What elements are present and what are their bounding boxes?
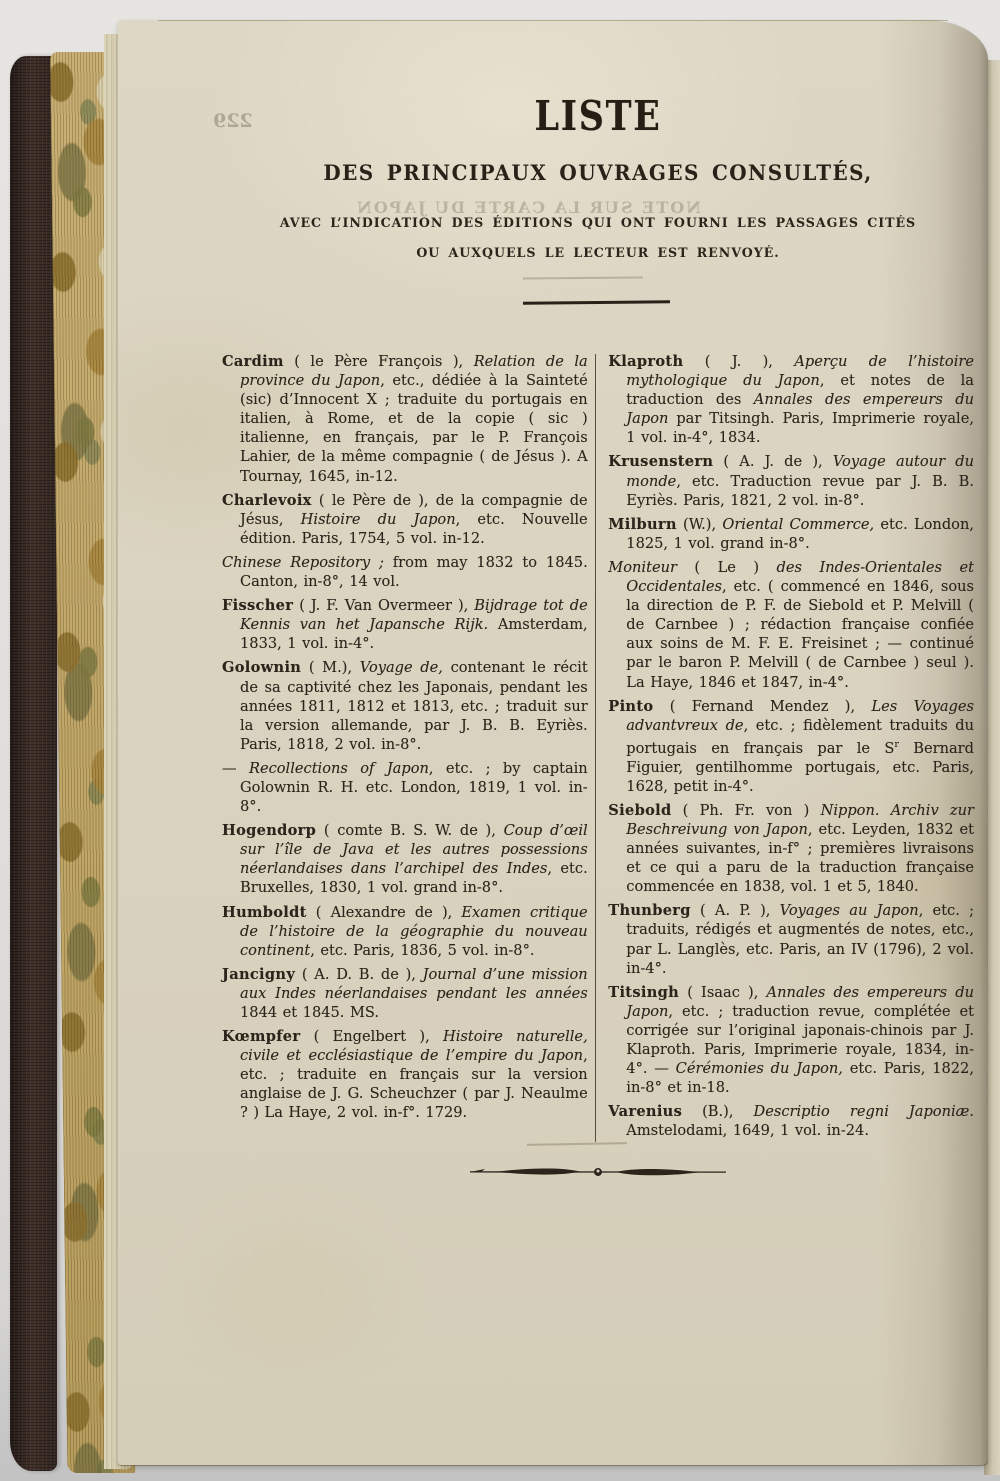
entry-text: Milburn xyxy=(608,516,676,533)
bibliography-entry: Siebold ( Ph. Fr. von ) Nippon. Archiv z… xyxy=(608,801,974,896)
entry-text: Voyage de, xyxy=(360,659,443,676)
bibliography-entry: Fisscher ( J. F. Van Overmeer ), Bijdrag… xyxy=(222,596,588,653)
showthrough-rule xyxy=(523,276,643,279)
bibliography-entry: Hogendorp ( comte B. S. W. de ), Coup d’… xyxy=(222,821,588,897)
entry-text: Cérémonies du Japon, xyxy=(676,1060,843,1077)
entry-text: ( le Père François ), xyxy=(284,353,474,370)
entry-text: Kœmpfer xyxy=(222,1028,300,1045)
entry-text: Varenius xyxy=(608,1103,682,1120)
entry-text: ( Alexandre de ), xyxy=(307,904,462,921)
ornament-center-highlight xyxy=(596,1169,599,1172)
entry-text: Descriptio regni Japoniæ. xyxy=(754,1103,974,1120)
entry-text: Siebold xyxy=(608,802,671,819)
page-subtitle: DES PRINCIPAUX OUVRAGES CONSULTÉS, xyxy=(241,160,955,185)
column-divider xyxy=(595,354,597,1142)
entry-text: ( Ph. Fr. von ) xyxy=(671,802,820,819)
entry-text: ( A. D. B. de ), xyxy=(295,966,423,983)
entry-text: , etc. Paris, 1836, 5 vol. in-8°. xyxy=(310,942,534,959)
bibliography-entry: Chinese Repository ; from may 1832 to 18… xyxy=(222,553,588,591)
entry-text: Oriental Commerce, xyxy=(722,516,874,533)
column-right: Klaproth ( J. ), Aperçu de l’histoire my… xyxy=(608,352,974,1146)
showthrough-heading: NOTE SUR LA CARTE DU JAPON xyxy=(348,198,708,217)
entry-text: Amstelodami, 1649, 1 vol. in-24. xyxy=(626,1122,869,1139)
entry-text: Golownin xyxy=(222,659,301,676)
bibliography-entry: Milburn (W.), Oriental Commerce, etc. Lo… xyxy=(608,515,974,553)
bibliography-columns: Cardim ( le Père François ), Relation de… xyxy=(222,352,974,1146)
entry-text: Recollections of Japon xyxy=(249,760,429,777)
entry-text: Cardim xyxy=(222,353,284,370)
bibliography-entry: Klaproth ( J. ), Aperçu de l’histoire my… xyxy=(608,352,974,447)
ornament-right-spindle xyxy=(616,1169,700,1176)
bibliography-entry: Cardim ( le Père François ), Relation de… xyxy=(222,352,588,486)
bibliography-entry: Krusenstern ( A. J. de ), Voyage autour … xyxy=(608,452,974,509)
entry-text: Charlevoix xyxy=(222,492,312,509)
entry-text: ( comte B. S. W. de ), xyxy=(316,822,503,839)
entry-text: ( A. J. de ), xyxy=(713,453,833,470)
entry-text: Chinese Repository ; xyxy=(222,554,384,571)
bibliography-entry: Charlevoix ( le Père de ), de la compagn… xyxy=(222,491,588,548)
entry-text: Humboldt xyxy=(222,904,307,921)
bottom-ornament xyxy=(468,1163,728,1181)
entry-text: Pinto xyxy=(608,698,653,715)
entry-text: Histoire du Japon xyxy=(301,511,456,528)
entry-text: Voyages au Japon xyxy=(780,902,919,919)
bibliography-entry: Titsingh ( Isaac ), Annales des empereur… xyxy=(608,983,974,1098)
entry-text: ( Isaac ), xyxy=(679,984,767,1001)
column-left: Cardim ( le Père François ), Relation de… xyxy=(222,352,588,1146)
entry-text: Klaproth xyxy=(608,353,683,370)
entry-text: ( Fernand Mendez ), xyxy=(653,698,871,715)
entry-text: Fisscher xyxy=(222,597,293,614)
entry-text: Jancigny xyxy=(222,966,295,983)
book-cover xyxy=(10,56,57,1471)
bibliography-entry: Moniteur ( Le ) des Indes-Orientales et … xyxy=(608,558,974,692)
bibliography-entry: — Recollections of Japon, etc. ; by capt… xyxy=(222,759,588,816)
bibliography-entry: Humboldt ( Alexandre de ), Examen critiq… xyxy=(222,903,588,960)
entry-text: (W.), xyxy=(677,516,723,533)
entry-text: Thunberg xyxy=(608,902,690,919)
bibliography-entry: Thunberg ( A. P. ), Voyages au Japon, et… xyxy=(608,901,974,977)
entry-text: par Titsingh. Paris, Imprimerie royale, … xyxy=(626,410,974,446)
entry-text: (B.), xyxy=(682,1103,753,1120)
entry-text: Titsingh xyxy=(608,984,679,1001)
bibliography-entry: Varenius (B.), Descriptio regni Japoniæ.… xyxy=(608,1102,974,1140)
entry-text: Moniteur xyxy=(608,559,677,576)
bibliography-entry: Golownin ( M.), Voyage de, contenant le … xyxy=(222,658,588,753)
entry-text: ( J. ), xyxy=(683,353,794,370)
entry-text: — xyxy=(222,760,249,777)
book-page: 229 LISTE DES PRINCIPAUX OUVRAGES CONSUL… xyxy=(118,20,988,1465)
bibliography-entry: Kœmpfer ( Engelbert ), Histoire naturell… xyxy=(222,1027,588,1122)
entry-text: ( M.), xyxy=(301,659,360,676)
bibliography-entry: Jancigny ( A. D. B. de ), Journal d’une … xyxy=(222,965,588,1022)
entry-text: ( J. F. Van Overmeer ), xyxy=(293,597,474,614)
entry-text: ( A. P. ), xyxy=(691,902,780,919)
header-rule xyxy=(523,300,670,304)
note-line-1: AVEC L’INDICATION DES ÉDITIONS QUI ONT F… xyxy=(233,216,962,231)
entry-text: ( Le ) xyxy=(677,559,777,576)
entry-text: Hogendorp xyxy=(222,822,316,839)
entry-text: 1844 et 1845. MS. xyxy=(240,1004,379,1021)
entry-text: , etc. Traduction revue par J. B. B. Eyr… xyxy=(626,473,974,509)
page-title: LISTE xyxy=(278,92,917,140)
photo-background: 229 LISTE DES PRINCIPAUX OUVRAGES CONSUL… xyxy=(0,0,1000,1481)
note-line-2: OU AUXQUELS LE LECTEUR EST RENVOYÉ. xyxy=(233,246,962,261)
bibliography-entry: Pinto ( Fernand Mendez ), Les Voyages ad… xyxy=(608,697,974,796)
ornament-left-spindle xyxy=(496,1168,580,1175)
entry-text: ( Engelbert ), xyxy=(300,1028,443,1045)
entry-text: Krusenstern xyxy=(608,453,713,470)
showthrough-page-number: 229 xyxy=(213,110,253,132)
